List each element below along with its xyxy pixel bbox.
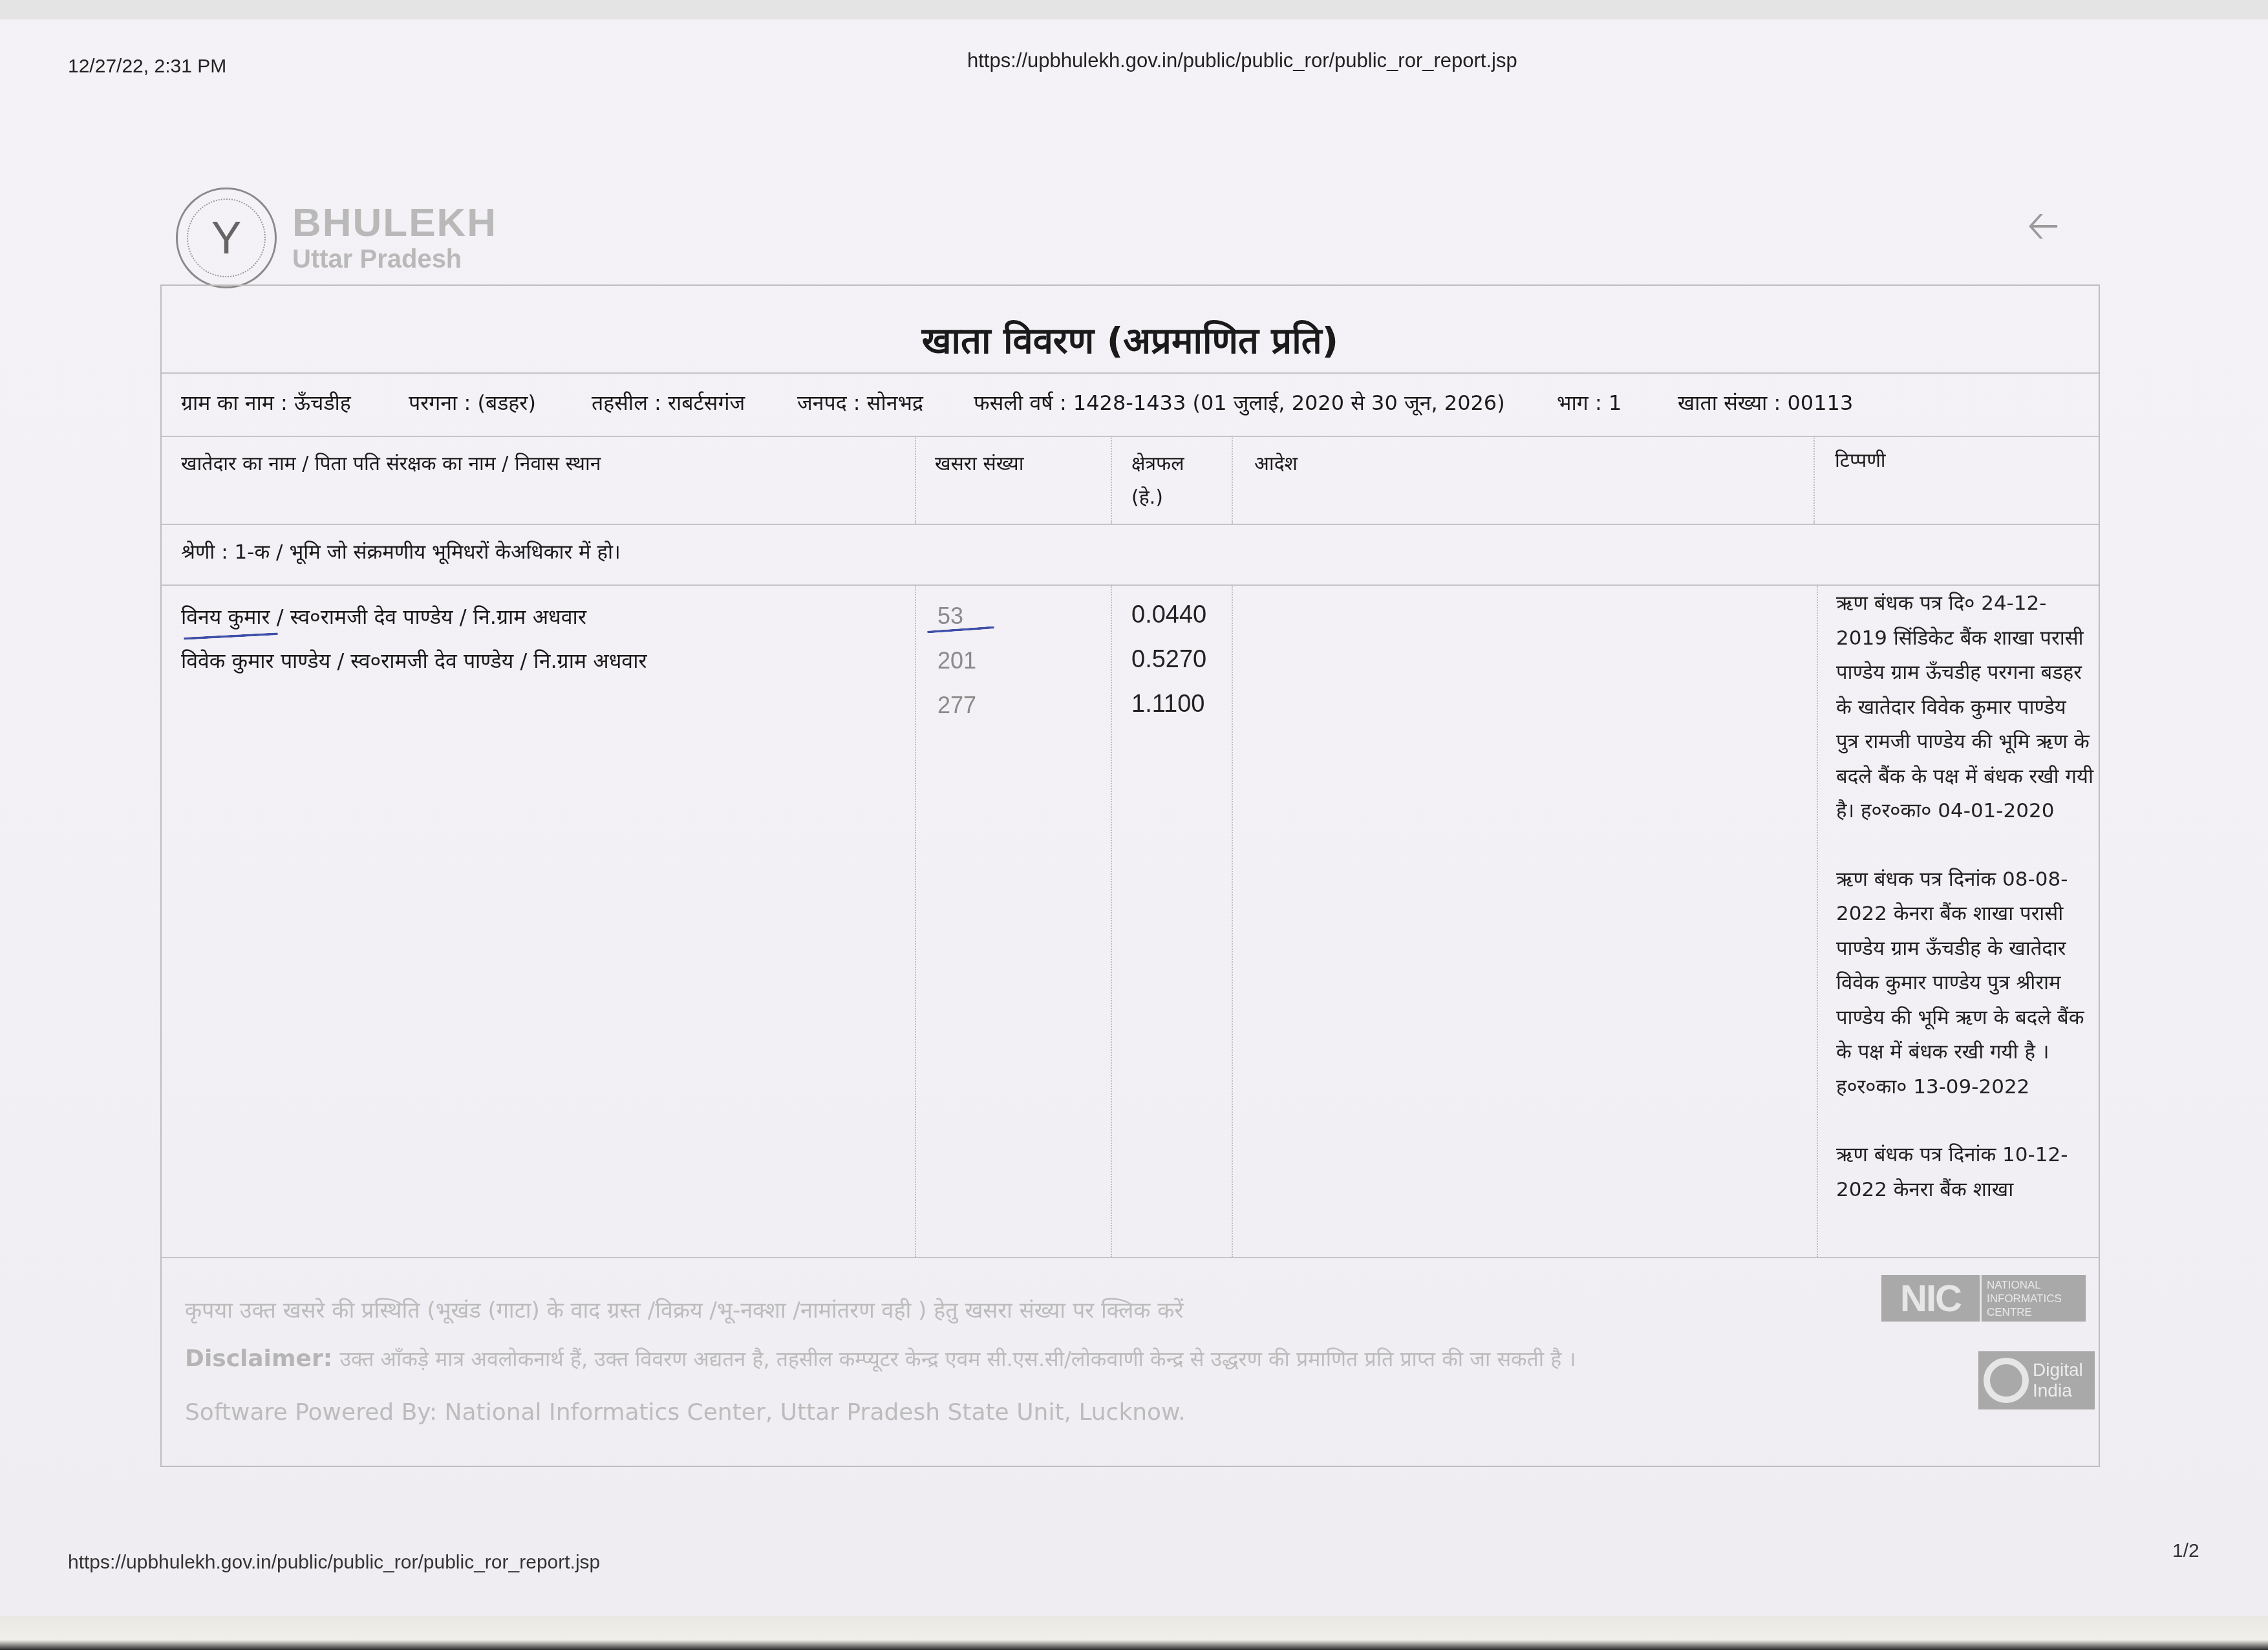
village-name: ग्राम का नाम : ऊँचडीह (181, 389, 409, 416)
plot-area: 1.1100 (1131, 691, 1204, 718)
report-title: खाता विवरण (अप्रमाणित प्रति) (162, 315, 2099, 364)
col-remarks: टिप्पणी (1835, 444, 1886, 478)
powered-by: Software Powered By: National Informatic… (185, 1399, 1186, 1426)
brand-name: BHULEKH (292, 202, 497, 244)
khasra-link[interactable]: 53 (937, 603, 963, 630)
print-header-url: https://upbhulekh.gov.in/public/public_r… (967, 49, 1517, 72)
digital-india-icon (1984, 1358, 2029, 1403)
remarks-column: ऋण बंधक पत्र दि० 24-12-2019 सिंडिकेट बैं… (1836, 586, 2095, 1241)
khasra-status-notice: कृपया उक्त खसरे की प्रस्थिति (भूखंड (गाट… (185, 1294, 1183, 1324)
digital-india-logo[interactable]: Digital India (1978, 1351, 2095, 1409)
report-frame: खाता विवरण (अप्रमाणित प्रति) ग्राम का ना… (160, 284, 2100, 1467)
disclaimer-text: उक्त आँकड़े मात्र अवलोकनार्थ हैं, उक्त व… (340, 1347, 1576, 1371)
remark-entry: ऋण बंधक पत्र दिनांक 08-08-2022 केनरा बैं… (1836, 862, 2095, 1105)
report-info-row: ग्राम का नाम : ऊँचडीह परगना : (बडहर) तहस… (181, 383, 2075, 422)
khata-number: खाता संख्या : 00113 (1678, 389, 1853, 416)
bhulekh-logo[interactable]: Y BHULEKH Uttar Pradesh (176, 187, 497, 288)
disclaimer: Disclaimer: उक्त आँकड़े मात्र अवलोकनार्थ… (185, 1345, 1576, 1373)
owner-row: विनय कुमार / स्व०रामजी देव पाण्डेय / नि.… (181, 603, 586, 630)
nic-logo[interactable]: NIC NATIONAL INFORMATICS CENTRE (1881, 1275, 2086, 1322)
plot-area: 0.0440 (1131, 601, 1206, 629)
arrow-left-icon[interactable]: 🡠 (2027, 197, 2059, 265)
bhag: भाग : 1 (1557, 389, 1678, 416)
nic-logo-icon: NIC (1881, 1275, 1982, 1322)
remark-entry: ऋण बंधक पत्र दि० 24-12-2019 सिंडिकेट बैं… (1836, 586, 2095, 829)
fasli-year: फसली वर्ष : 1428-1433 (01 जुलाई, 2020 से… (974, 389, 1557, 416)
tehsil: तहसील : राबर्टसगंज (592, 389, 797, 416)
scan-top-edge (0, 0, 2268, 21)
khasra-link[interactable]: 201 (937, 647, 976, 674)
remark-entry: ऋण बंधक पत्र दिनांक 10-12-2022 केनरा बैं… (1836, 1138, 2095, 1207)
brand-subtitle: Uttar Pradesh (292, 244, 497, 274)
up-state-emblem-icon: Y (176, 187, 277, 288)
col-khasra: खसरा संख्या (935, 447, 1023, 481)
pen-mark (184, 632, 278, 640)
category-label: श्रेणी : 1-क / भूमि जो संक्रमणीय भूमिधरो… (181, 538, 621, 565)
disclaimer-label: Disclaimer: (185, 1345, 332, 1372)
col-area: क्षेत्रफल (हे.) (1131, 447, 1184, 515)
district: जनपद : सोनभद्र (797, 389, 974, 416)
plot-area: 0.5270 (1131, 646, 1206, 674)
print-footer-url: https://upbhulekh.gov.in/public/public_r… (68, 1552, 600, 1574)
page-number: 1/2 (2172, 1540, 2199, 1562)
khasra-link[interactable]: 277 (937, 692, 976, 719)
owner-row: विवेक कुमार पाण्डेय / स्व०रामजी देव पाण्… (181, 647, 647, 674)
pargana: परगना : (बडहर) (409, 389, 592, 416)
scan-bottom-edge (0, 1616, 2268, 1650)
col-order: आदेश (1254, 447, 1298, 481)
col-owner: खातेदार का नाम / पिता पति संरक्षक का नाम… (181, 447, 601, 481)
print-datetime: 12/27/22, 2:31 PM (68, 56, 226, 78)
